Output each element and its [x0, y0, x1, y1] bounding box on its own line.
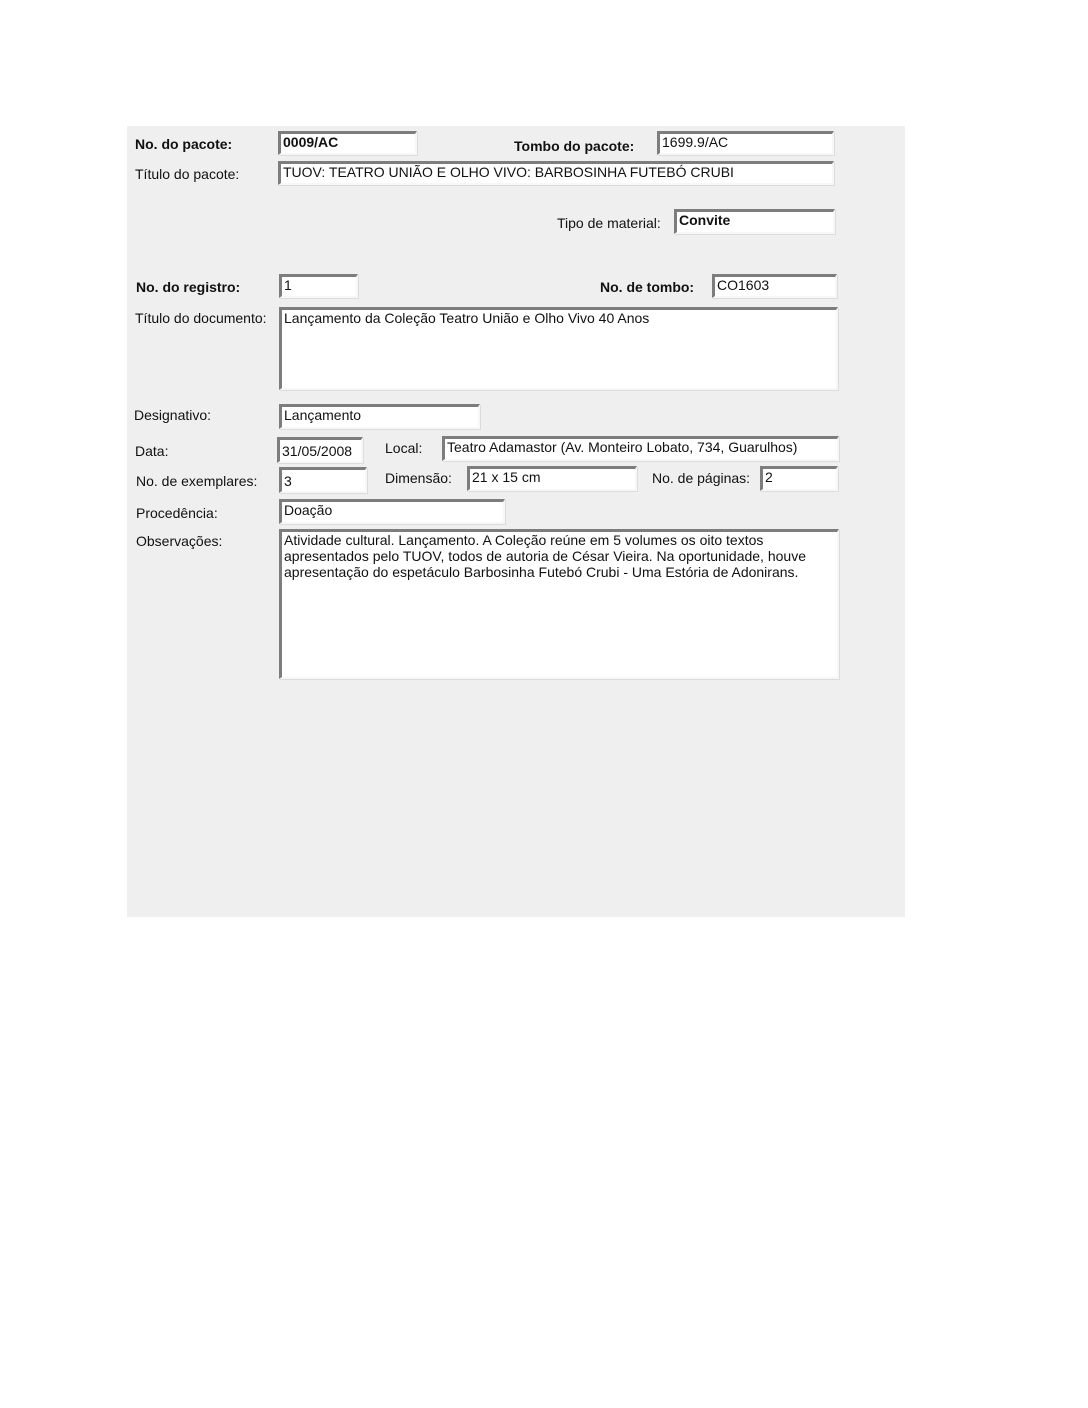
designativo-field[interactable]: Lançamento [279, 404, 480, 429]
date-field[interactable]: 31/05/2008 [277, 437, 363, 463]
local-field[interactable]: Teatro Adamastor (Av. Monteiro Lobato, 7… [442, 436, 839, 461]
registro-field[interactable]: 1 [279, 274, 358, 298]
observacoes-label: Observações: [136, 533, 222, 549]
paginas-field[interactable]: 2 [760, 466, 838, 491]
procedencia-field[interactable]: Doação [279, 499, 505, 524]
package-tombo-label: Tombo do pacote: [514, 138, 634, 154]
document-title-label: Título do documento: [135, 310, 267, 326]
registro-label: No. do registro: [136, 279, 240, 295]
package-number-field[interactable]: 0009/AC [278, 131, 417, 155]
material-type-label: Tipo de material: [557, 215, 661, 231]
material-type-field[interactable]: Convite [674, 209, 835, 234]
package-tombo-field[interactable]: 1699.9/AC [657, 131, 834, 155]
package-title-label: Título do pacote: [135, 166, 239, 182]
designativo-label: Designativo: [134, 407, 211, 423]
record-form-panel [127, 126, 905, 917]
tombo-label: No. de tombo: [600, 279, 694, 295]
exemplares-field[interactable]: 3 [279, 467, 367, 493]
package-number-label: No. do pacote: [135, 136, 232, 152]
procedencia-label: Procedência: [136, 505, 218, 521]
tombo-field[interactable]: CO1603 [712, 274, 837, 298]
local-label: Local: [385, 440, 422, 456]
dimensao-label: Dimensão: [385, 470, 452, 486]
date-label: Data: [135, 443, 168, 459]
exemplares-label: No. de exemplares: [136, 473, 257, 489]
dimensao-field[interactable]: 21 x 15 cm [467, 466, 637, 491]
package-title-field[interactable]: TUOV: TEATRO UNIÃO E OLHO VIVO: BARBOSIN… [278, 161, 834, 185]
observacoes-field[interactable]: Atividade cultural. Lançamento. A Coleçã… [279, 529, 839, 679]
paginas-label: No. de páginas: [652, 470, 750, 486]
document-title-field[interactable]: Lançamento da Coleção Teatro União e Olh… [279, 307, 838, 390]
